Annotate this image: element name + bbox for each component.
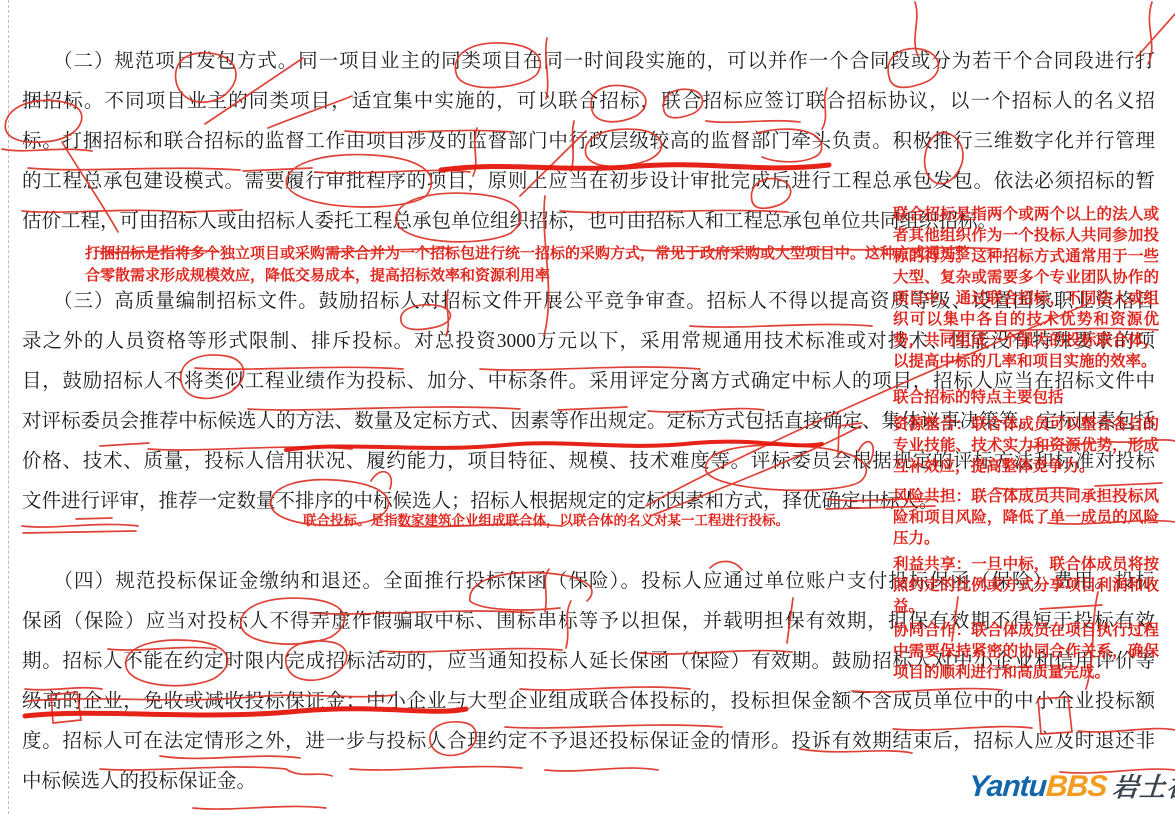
text-line: 捆招标。不同项目业主的同类项目，适宜集中实施的，可以联合招标，联合招标应签订联合… xyxy=(22,82,1155,122)
margin-note-resource-integration: 资源整合：联合体成员可以整合各自的专业技能、技术实力和资源优势，形成互补效应，提… xyxy=(893,414,1159,477)
note-joint-bid-definition: 联合投标。是指数家建筑企业组成联合体，以联合体的名义对某一工程进行投标。 xyxy=(303,512,789,530)
margin-note-joint-tender-definition: 联合招标是指两个或两个以上的法人或者其他组织作为一个投标人共同参加投标的行为。这… xyxy=(893,204,1159,372)
pen-stroke xyxy=(193,806,326,809)
yantubbs-logo: YantuBBS 岩土在线 xyxy=(968,767,1175,804)
margin-note-features-title: 联合招标的特点主要包括 xyxy=(893,387,1159,408)
text-line: 的工程总承包建设模式。需要履行审批程序的项目，原则上应当在初步设计审批完成后进行… xyxy=(22,162,1155,202)
margin-note-collaboration: 协同合作：联合体成员在项目执行过程中需要保持紧密的协同合作关系，确保项目的顺利进… xyxy=(893,620,1159,683)
logo-yantu-text: Yantu xyxy=(968,770,1048,804)
text-line: 标。打捆招标和联合招标的监督工作由项目涉及的监督部门中行政层级较高的监督部门牵头… xyxy=(22,122,1155,162)
page-margin-rule xyxy=(8,0,9,814)
margin-note-risk-sharing: 风险共担：联合体成员共同承担投标风险和项目风险，降低了单一成员的风险压力。 xyxy=(893,486,1159,549)
logo-bbs-text: BBS xyxy=(1045,770,1108,804)
pen-stroke xyxy=(22,524,138,527)
text-line: （二）规范项目发包方式。同一项目业主的同类项目在同一时间段实施的，可以并作一个合… xyxy=(22,42,1155,82)
logo-chinese-text: 岩土在线 xyxy=(1111,767,1175,804)
text-line: 级高的企业，免收或减收投标保证金；中小企业与大型企业组成联合体投标的，投标担保金… xyxy=(22,682,1155,722)
margin-note-benefit-sharing: 利益共享：一旦中标，联合体成员将按照约定的比例或方式分享项目利润和收益。 xyxy=(893,554,1159,617)
text-line: 度。招标人可在法定情形之外，进一步与投标人合理约定不予退还投标保证金的情形。投诉… xyxy=(22,722,1155,762)
pen-stroke xyxy=(23,531,136,533)
